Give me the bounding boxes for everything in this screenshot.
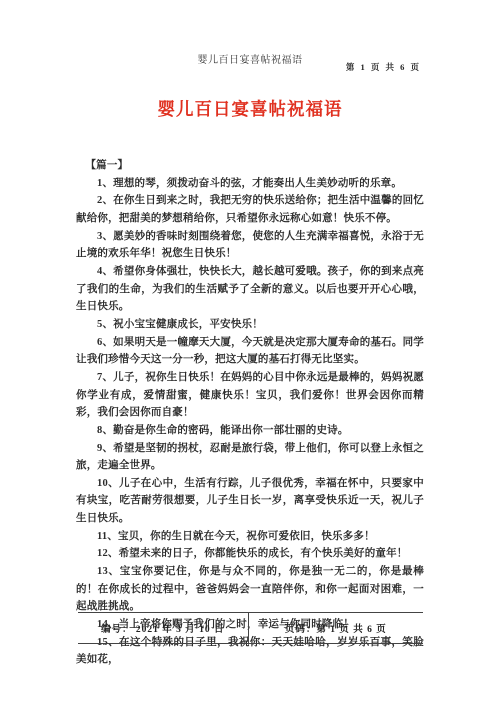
blessing-item: 8、勤奋是你生命的密码，能译出你一部壮丽的史诗。	[76, 422, 424, 440]
section-label: 【篇一】	[76, 157, 424, 175]
document-page: 婴儿百日宴喜帖祝福语 第 1 页 共 6 页 婴儿百日宴喜帖祝福语 【篇一】 1…	[0, 0, 500, 707]
blessing-item: 9、希望是坚韧的拐杖，忍耐是旅行袋，带上他们，你可以登上永恒之旅，走遍全世界。	[76, 440, 424, 475]
blessing-item: 10、儿子在心中，生活有行踪，儿子很优秀，幸福在怀中，只要家中有块宝，吃苦耐劳很…	[76, 475, 424, 528]
blessing-item: 1、理想的琴，须拨动奋斗的弦，才能奏出人生美妙动听的乐章。	[76, 175, 424, 193]
doc-title: 婴儿百日宴喜帖祝福语	[0, 96, 500, 121]
blessing-item: 13、宝宝你要记住，你是与众不同的，你是独一无二的，你是最棒的！在你成长的过程中…	[76, 563, 424, 616]
blessing-item: 11、宝贝，你的生日就在今天，祝你可爱依旧，快乐多多！	[76, 528, 424, 546]
header-doc-title: 婴儿百日宴喜帖祝福语	[0, 51, 500, 66]
blessing-item: 7、儿子，祝你生日快乐！在妈妈的心目中你永远是最棒的，妈妈祝愿你学业有成，爱情甜…	[76, 369, 424, 422]
page-footer: 编号： 2021 年 3 月 10 日 页码：第 1 页 共 6 页	[78, 612, 423, 644]
blessing-list: 1、理想的琴，须拨动奋斗的弦，才能奏出人生美妙动听的乐章。2、在你生日到来之时，…	[76, 175, 424, 669]
blessing-item: 12、希望未来的日子，你都能快乐的成长，有个快乐美好的童年！	[76, 545, 424, 563]
footer-page-number: 页码：第 1 页 共 6 页	[249, 613, 423, 643]
header-page-indicator: 第 1 页 共 6 页	[346, 61, 421, 73]
blessing-item: 2、在你生日到来之时，我把无穷的快乐送给你；把生活中温馨的回忆献给你，把甜美的梦…	[76, 192, 424, 227]
document-body: 【篇一】 1、理想的琴，须拨动奋斗的弦，才能奏出人生美妙动听的乐章。2、在你生日…	[76, 157, 424, 669]
blessing-item: 4、希望你身体强壮，快快长大，越长越可爱哦。孩子，你的到来点亮了我们的生命，为我…	[76, 263, 424, 316]
blessing-item: 5、祝小宝宝健康成长，平安快乐！	[76, 316, 424, 334]
blessing-item: 3、愿美妙的香味时刻围绕着您，使您的人生充满幸福喜悦，永浴于无止境的欢乐年华！祝…	[76, 228, 424, 263]
footer-number: 编号： 2021 年 3 月 10 日	[78, 613, 249, 643]
blessing-item: 6、如果明天是一幢摩天大厦，今天就是决定那大厦寿命的基石。同学让我们珍惜今天这一…	[76, 334, 424, 369]
